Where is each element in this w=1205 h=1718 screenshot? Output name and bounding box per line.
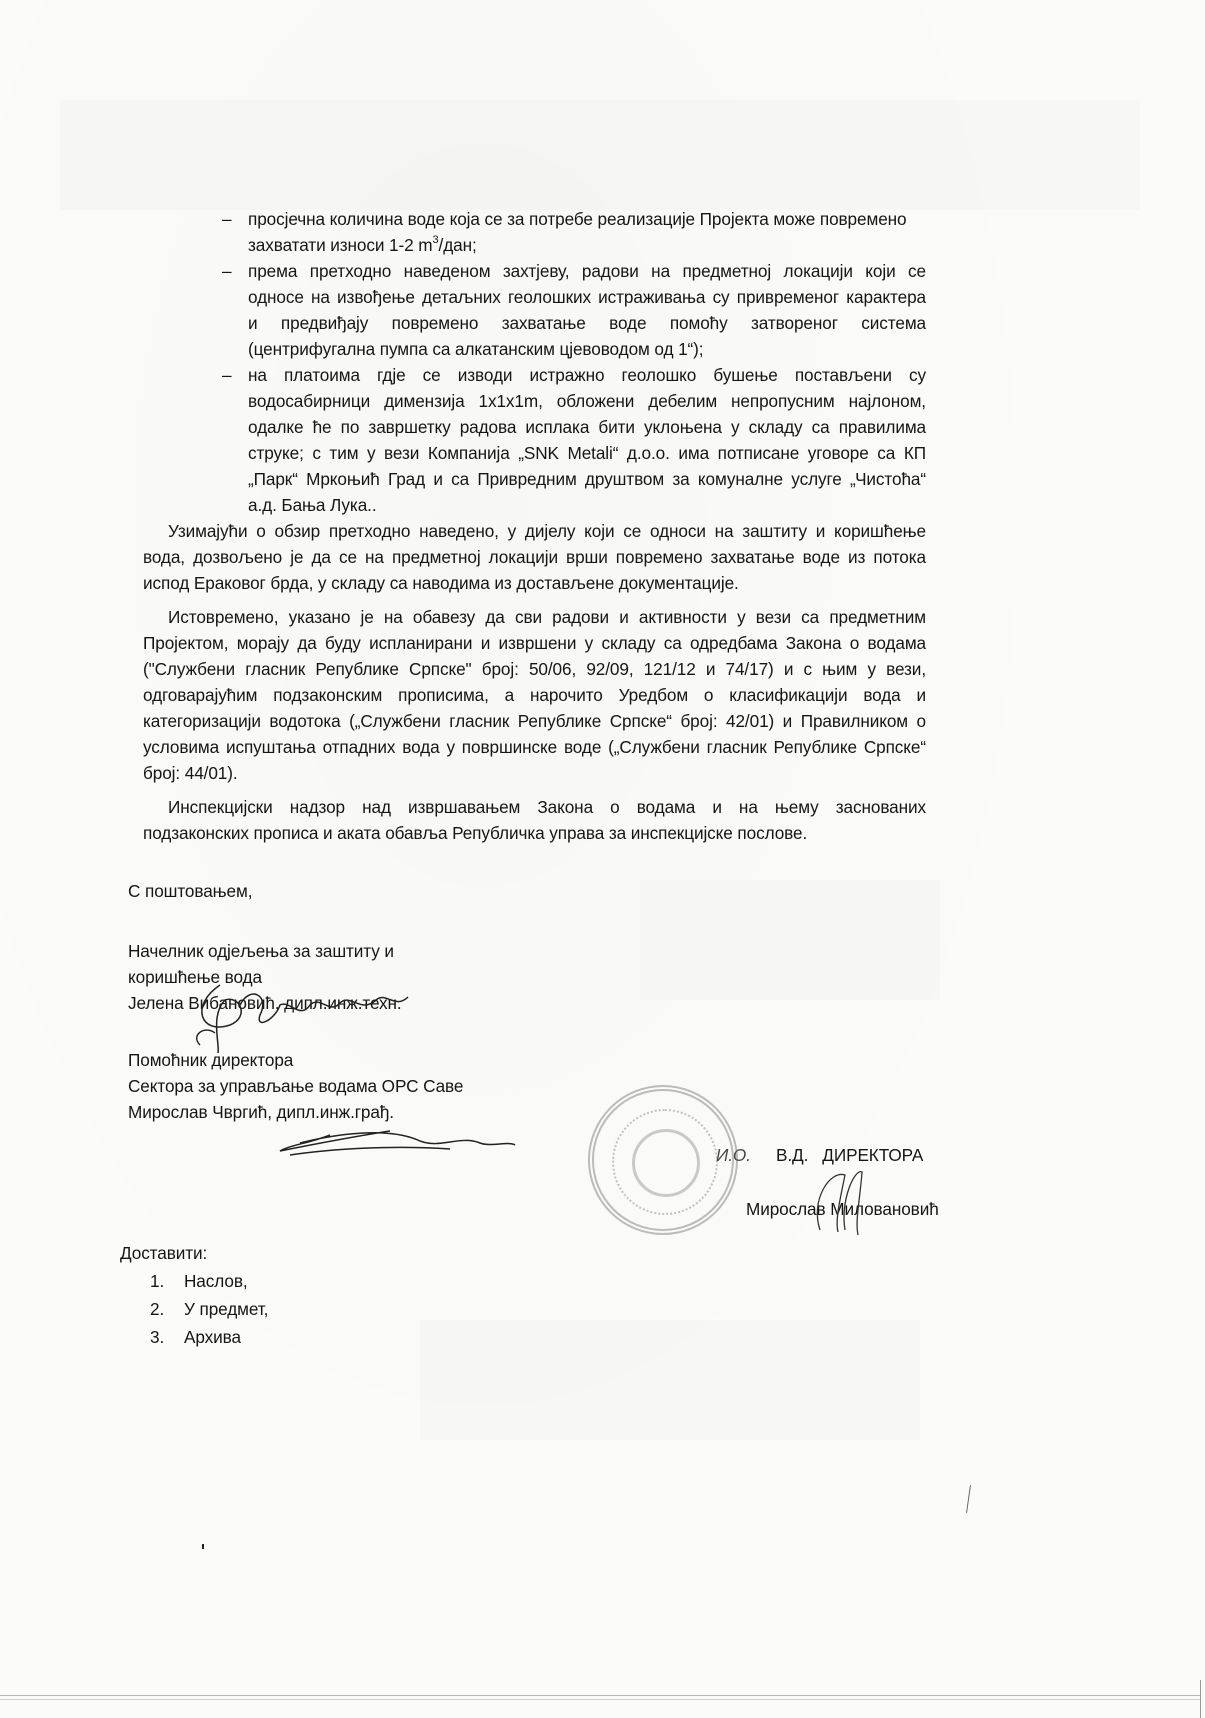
- bullet-3-line-1: на платоима гдје се изводи истражно геол…: [248, 362, 926, 388]
- bullet-1-unit: /дан;: [439, 235, 477, 255]
- bullet-dash: –: [222, 206, 231, 232]
- delivery-item-number: 2.: [150, 1296, 164, 1322]
- paragraph-2-line-6: условима испуштања отпадних вода у површ…: [143, 734, 926, 760]
- bleed-through-header: [60, 100, 1140, 210]
- bullet-dash: –: [222, 362, 231, 388]
- delivery-item-label: Архива: [184, 1324, 241, 1350]
- paragraph-2-line-1: Истовремено, указано је на обавезу да св…: [168, 604, 926, 630]
- bullet-1-line-1: просјечна количина воде која се за потре…: [248, 206, 926, 232]
- bleed-through-body: [640, 880, 940, 1000]
- paragraph-1-line-2: вода, дозвољено је да се на предметној л…: [143, 544, 926, 570]
- signature-2: [270, 1115, 520, 1165]
- signatory-1-title-line-1: Начелник одјељења за заштиту и: [128, 938, 394, 964]
- signature-1: [180, 975, 430, 1055]
- bullet-2-line-4: (центрифугална пумпа са алкатанским цјев…: [248, 336, 703, 362]
- delivery-heading: Доставити:: [120, 1240, 207, 1266]
- stray-mark: [966, 1485, 971, 1513]
- scan-edge-line: [0, 1699, 1200, 1700]
- scan-edge-line: [0, 1695, 1200, 1696]
- signature-3: [800, 1160, 880, 1240]
- bullet-3-line-6: а.д. Бања Лука..: [248, 492, 377, 518]
- paragraph-2-line-4: одговарајућим подзаконским прописима, а …: [143, 682, 926, 708]
- bullet-3-line-3: одалке ће по завршетку радова исплака би…: [248, 414, 926, 440]
- bullet-dash: –: [222, 258, 231, 284]
- bullet-2-line-2: односе на извођење детаљних геолошких ис…: [248, 284, 926, 310]
- paragraph-2-line-3: ("Службени гласник Републике Српске" бро…: [143, 656, 926, 682]
- paragraph-2-line-5: категоризацији водотока („Службени гласн…: [143, 708, 926, 734]
- delivery-item-label: У предмет,: [184, 1296, 268, 1322]
- signatory-2-title-line-2: Сектора за управљање водама ОРС Саве: [128, 1073, 463, 1099]
- stray-mark: [202, 1544, 204, 1549]
- bullet-3-line-5: „Парк“ Мркоњић Град и са Привредним друш…: [248, 466, 926, 492]
- delivery-item-number: 1.: [150, 1268, 164, 1294]
- paragraph-2-line-2: Пројектом, морају да буду испланирани и …: [143, 630, 926, 656]
- paragraph-1-line-1: Узимајући о обзир претходно наведено, у …: [168, 518, 926, 544]
- superscript: 3: [433, 234, 439, 246]
- bullet-1-line-2: захватати износи 1-2 m3/дан;: [248, 232, 477, 258]
- paragraph-3-line-1: Инспекцијски надзор над извршавањем Зако…: [168, 794, 926, 820]
- salutation: С поштовањем,: [128, 878, 252, 904]
- bullet-3-line-4: струке; с тим у вези Компанија „SNK Meta…: [248, 440, 926, 466]
- bullet-3-line-2: водосабирници димензија 1x1x1m, обложени…: [248, 388, 926, 414]
- delivery-item-number: 3.: [150, 1324, 164, 1350]
- delivery-item-label: Наслов,: [184, 1268, 248, 1294]
- bleed-through-lower: [420, 1320, 920, 1440]
- bullet-2-line-1: према претходно наведеном захтјеву, радо…: [248, 258, 926, 284]
- bullet-1-text: захватати износи 1-2 m: [248, 235, 433, 255]
- bullet-2-line-3: и предвиђају повремено захватање воде по…: [248, 310, 926, 336]
- paragraph-2-line-7: број: 44/01).: [143, 760, 238, 786]
- scan-edge-vertical: [1200, 1680, 1201, 1718]
- paragraph-3-line-2: подзаконских прописа и аката обавља Репу…: [143, 820, 807, 846]
- scanned-document-page: – просјечна количина воде која се за пот…: [0, 0, 1205, 1718]
- official-stamp: [588, 1085, 738, 1235]
- paragraph-1-line-3: испод Ераковог брда, у складу са наводим…: [143, 570, 739, 596]
